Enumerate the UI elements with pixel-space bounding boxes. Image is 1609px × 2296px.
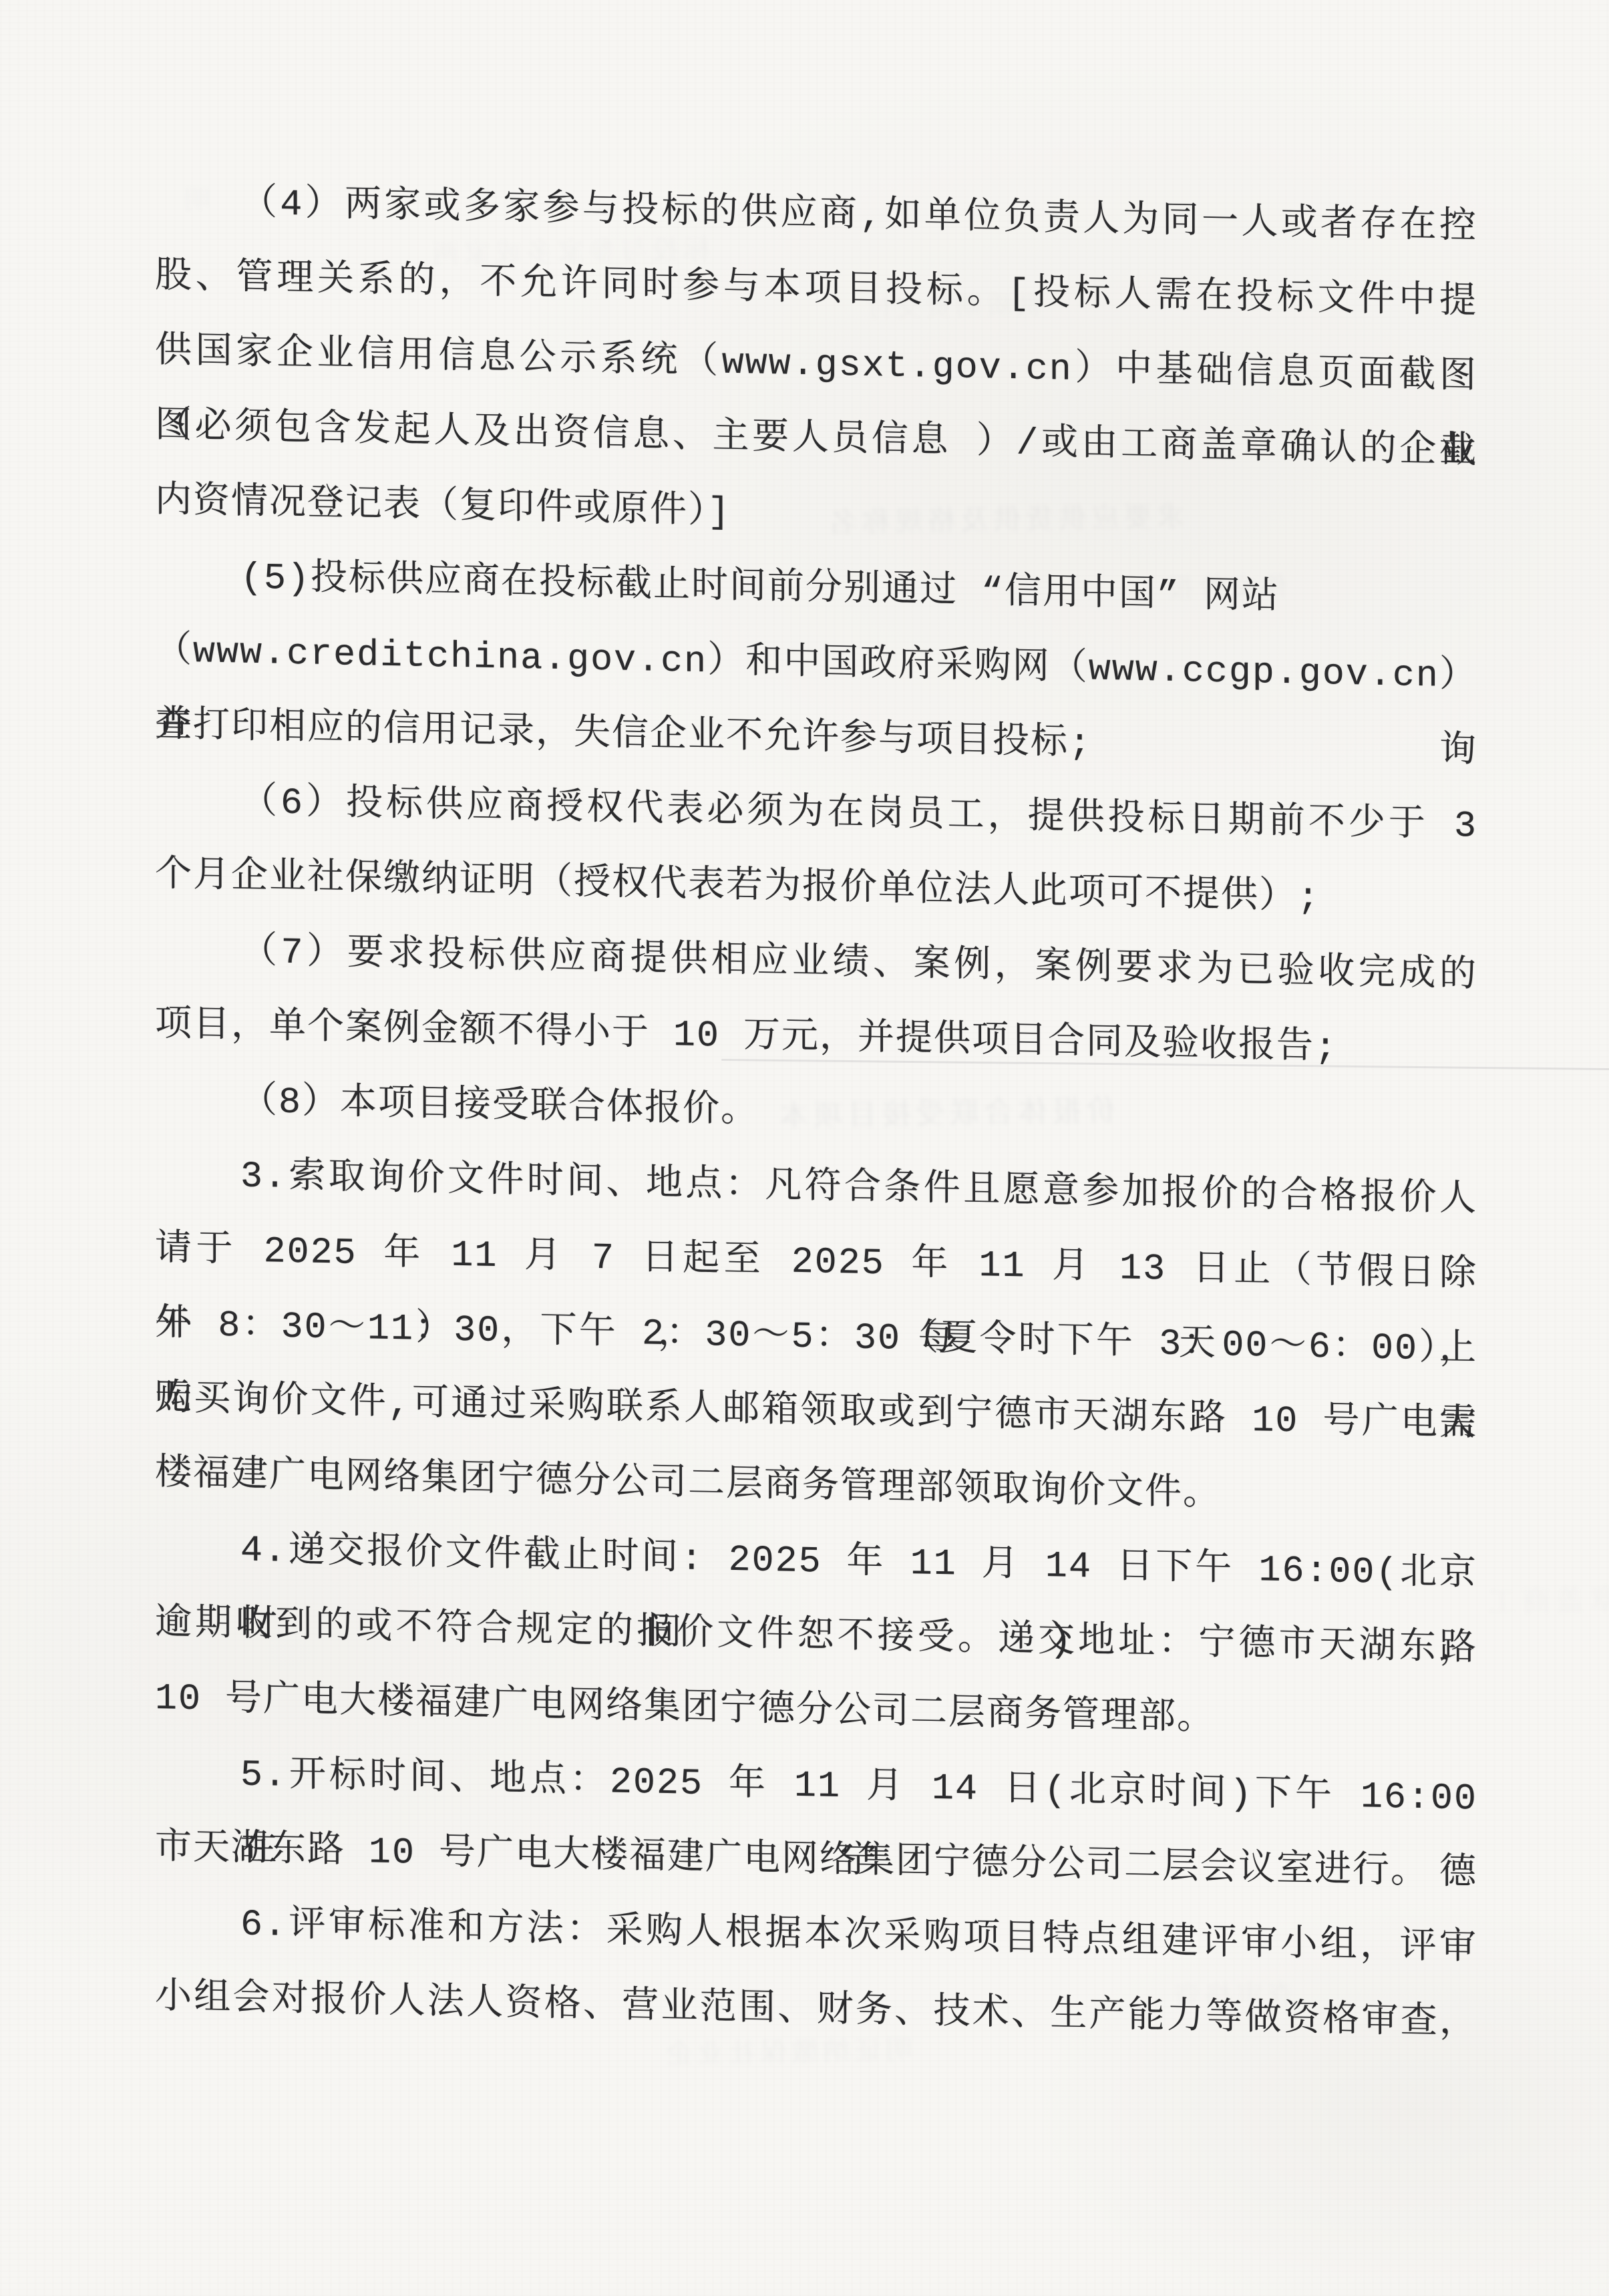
scanned-document-page: 明标投与参家多或家两供质期货交付求要应供货供及格规称名件文价报价报体合联受接目项… — [0, 0, 1609, 2296]
document-text-block: （4）两家或多家参与投标的供应商,如单位负责人为同一人或者存在控股、管理关系的，… — [155, 165, 1477, 2062]
bleed-fragment-7: 章盖商工 — [1482, 1575, 1609, 1621]
